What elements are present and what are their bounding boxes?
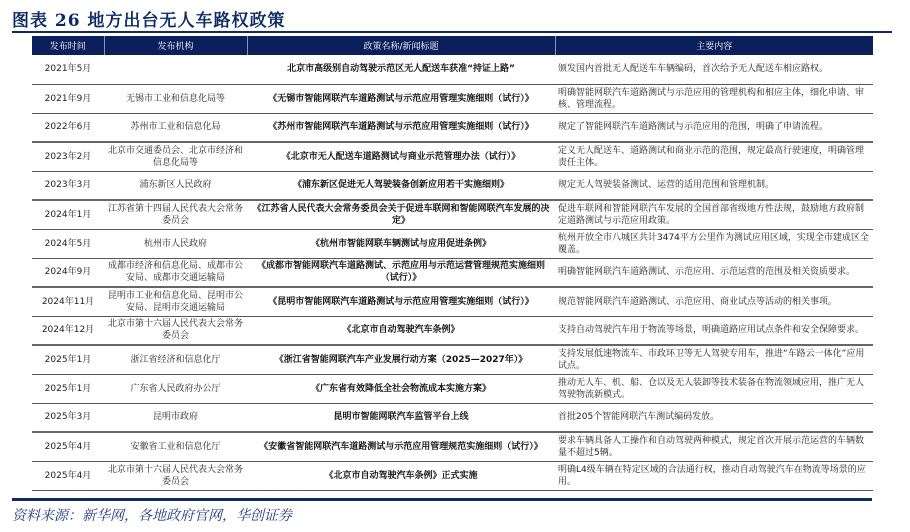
- cell-content: 首批205个智能网联汽车测试编码发放。: [555, 403, 873, 432]
- table-header-row: 发布时间 发布机构 政策名称/新闻标题 主要内容: [32, 36, 873, 55]
- cell-title: 《北京市自动驾驶汽车条例》正式实施: [247, 461, 555, 490]
- table-row: 2024年9月 成都市经济和信息化局、成都市公安局、成都市交通运输局 《成都市智…: [32, 258, 873, 287]
- cell-date: 2021年9月: [32, 84, 104, 113]
- cell-title: 昆明市智能网联汽车监管平台上线: [247, 403, 555, 432]
- cell-content: 规定无人驾驶装备测试、运营的适用范围和管理机制。: [555, 171, 873, 200]
- cell-org: 北京市第十六届人民代表大会常务委员会: [104, 316, 247, 345]
- cell-content: 支持发展低速物流车、市政环卫等无人驾驶专用车，推进“车路云一体化”应用试点。: [555, 345, 873, 374]
- cell-date: 2024年12月: [32, 316, 104, 345]
- cell-title: 《安徽省智能网联汽车道路测试与示范应用管理规范实施细则（试行）》: [247, 432, 555, 461]
- cell-date: 2023年3月: [32, 171, 104, 200]
- table-row: 2024年5月 杭州市人民政府 《杭州市智能网联车辆测试与应用促进条例》 杭州开…: [32, 229, 873, 258]
- cell-org: 安徽省工业和信息化厅: [104, 432, 247, 461]
- table-row: 2024年11月 昆明市工业和信息化局、昆明市公安局、昆明市交通运输局 《昆明市…: [32, 287, 873, 316]
- cell-org: 浦东新区人民政府: [104, 171, 247, 200]
- cell-content: 促进车联网和智能网联汽车发展的全国首部省级地方性法规，鼓励地方政府制定道路测试与…: [555, 200, 873, 229]
- cell-org: 北京市交通委员会、北京市经济和信息化局等: [104, 142, 247, 171]
- cell-org: 浙江省经济和信息化厅: [104, 345, 247, 374]
- table-row: 2022年6月 苏州市工业和信息化局 《苏州市智能网联汽车道路测试与示范应用管理…: [32, 113, 873, 142]
- table-row: 2021年9月 无锡市工业和信息化局等 《无锡市智能网联汽车道路测试与示范应用管…: [32, 84, 873, 113]
- table-row: 2024年12月 北京市第十六届人民代表大会常务委员会 《北京市自动驾驶汽车条例…: [32, 316, 873, 345]
- cell-content: 颁发国内首批无人配送车车辆编码，首次给予无人配送车相应路权。: [555, 55, 873, 84]
- cell-title: 《苏州市智能网联汽车道路测试与示范应用管理实施细则（试行）》: [247, 113, 555, 142]
- policy-table: 发布时间 发布机构 政策名称/新闻标题 主要内容 2021年5月 北京市高级别自…: [32, 36, 873, 491]
- cell-content: 明确智能网联汽车道路测试与示范应用的管理机构和相应主体，细化申请、审核、管理流程…: [555, 84, 873, 113]
- table-bottom-rule: [12, 498, 872, 501]
- table-row: 2023年2月 北京市交通委员会、北京市经济和信息化局等 《北京市无人配送车道路…: [32, 142, 873, 171]
- column-header-content: 主要内容: [555, 36, 873, 55]
- cell-content: 明确L4级车辆在特定区域的合法通行权，推动自动驾驶汽车在物流等场景的应用。: [555, 461, 873, 490]
- cell-org: 广东省人民政府办公厅: [104, 374, 247, 403]
- cell-org: 昆明市政府: [104, 403, 247, 432]
- cell-title: 北京市高级别自动驾驶示范区无人配送车获准“持证上路”: [247, 55, 555, 84]
- cell-org: 成都市经济和信息化局、成都市公安局、成都市交通运输局: [104, 258, 247, 287]
- cell-date: 2025年1月: [32, 345, 104, 374]
- column-header-org: 发布机构: [104, 36, 247, 55]
- table-row: 2025年1月 浙江省经济和信息化厅 《浙江省智能网联汽车产业发展行动方案（20…: [32, 345, 873, 374]
- cell-org: 无锡市工业和信息化局等: [104, 84, 247, 113]
- cell-content: 明确智能网联汽车道路测试、示范应用、示范运营的范围及相关资质要求。: [555, 258, 873, 287]
- source-note: 资料来源：新华网，各地政府官网，华创证券: [12, 505, 292, 525]
- cell-title: 《浦东新区促进无人驾驶装备创新应用若干实施细则》: [247, 171, 555, 200]
- cell-title: 《成都市智能网联汽车道路测试、示范应用与示范运营管理规范实施细则（试行）》: [247, 258, 555, 287]
- cell-date: 2024年11月: [32, 287, 104, 316]
- cell-title: 《北京市无人配送车道路测试与商业示范管理办法（试行）》: [247, 142, 555, 171]
- cell-content: 定义无人配送车、道路测试和商业示范的范围，规定最高行驶速度，明确管理责任主体。: [555, 142, 873, 171]
- cell-org: 江苏省第十四届人民代表大会常务委员会: [104, 200, 247, 229]
- cell-title: 《江苏省人民代表大会常务委员会关于促进车联网和智能网联汽车发展的决定》: [247, 200, 555, 229]
- cell-date: 2024年5月: [32, 229, 104, 258]
- cell-title: 《杭州市智能网联车辆测试与应用促进条例》: [247, 229, 555, 258]
- cell-date: 2021年5月: [32, 55, 104, 84]
- table-row: 2025年4月 安徽省工业和信息化厅 《安徽省智能网联汽车道路测试与示范应用管理…: [32, 432, 873, 461]
- cell-title: 《浙江省智能网联汽车产业发展行动方案（2025—2027年）》: [247, 345, 555, 374]
- cell-content: 规范智能网联汽车道路测试、示范应用、商业试点等活动的相关事项。: [555, 287, 873, 316]
- cell-title: 《昆明市智能网联汽车道路测试与示范应用管理实施细则（试行）》: [247, 287, 555, 316]
- table-row: 2025年4月 北京市第十六届人民代表大会常务委员会 《北京市自动驾驶汽车条例》…: [32, 461, 873, 490]
- cell-content: 要求车辆具备人工操作和自动驾驶两种模式，规定首次开展示范运营的车辆数量不超过5辆…: [555, 432, 873, 461]
- cell-org: [104, 55, 247, 84]
- cell-org: 昆明市工业和信息化局、昆明市公安局、昆明市交通运输局: [104, 287, 247, 316]
- column-header-title: 政策名称/新闻标题: [247, 36, 555, 55]
- cell-org: 苏州市工业和信息化局: [104, 113, 247, 142]
- cell-date: 2022年6月: [32, 113, 104, 142]
- cell-date: 2025年3月: [32, 403, 104, 432]
- cell-date: 2025年1月: [32, 374, 104, 403]
- cell-date: 2024年1月: [32, 200, 104, 229]
- cell-title: 《无锡市智能网联汽车道路测试与示范应用管理实施细则（试行）》: [247, 84, 555, 113]
- table-row: 2021年5月 北京市高级别自动驾驶示范区无人配送车获准“持证上路” 颁发国内首…: [32, 55, 873, 84]
- figure-title: 图表 26 地方出台无人车路权政策: [12, 6, 286, 31]
- table-row: 2025年1月 广东省人民政府办公厅 《广东省有效降低全社会物流成本实施方案》 …: [32, 374, 873, 403]
- cell-content: 支持自动驾驶汽车用于物流等场景，明确道路应用试点条件和安全保障要求。: [555, 316, 873, 345]
- table-row: 2025年3月 昆明市政府 昆明市智能网联汽车监管平台上线 首批205个智能网联…: [32, 403, 873, 432]
- table-row: 2024年1月 江苏省第十四届人民代表大会常务委员会 《江苏省人民代表大会常务委…: [32, 200, 873, 229]
- table-row: 2023年3月 浦东新区人民政府 《浦东新区促进无人驾驶装备创新应用若干实施细则…: [32, 171, 873, 200]
- column-header-date: 发布时间: [32, 36, 104, 55]
- cell-content: 杭州开放全市八城区共计3474平方公里作为测试应用区域，实现全市建成区全覆盖。: [555, 229, 873, 258]
- cell-date: 2024年9月: [32, 258, 104, 287]
- cell-org: 杭州市人民政府: [104, 229, 247, 258]
- cell-content: 规定了智能网联汽车道路测试与示范应用的范围，明确了申请流程。: [555, 113, 873, 142]
- cell-title: 《北京市自动驾驶汽车条例》: [247, 316, 555, 345]
- cell-date: 2025年4月: [32, 461, 104, 490]
- cell-content: 推动无人车、机、船、仓以及无人装卸等技术装备在物流领域应用，推广无人驾驶物流新模…: [555, 374, 873, 403]
- cell-date: 2025年4月: [32, 432, 104, 461]
- title-divider: [12, 31, 892, 33]
- cell-date: 2023年2月: [32, 142, 104, 171]
- cell-org: 北京市第十六届人民代表大会常务委员会: [104, 461, 247, 490]
- cell-title: 《广东省有效降低全社会物流成本实施方案》: [247, 374, 555, 403]
